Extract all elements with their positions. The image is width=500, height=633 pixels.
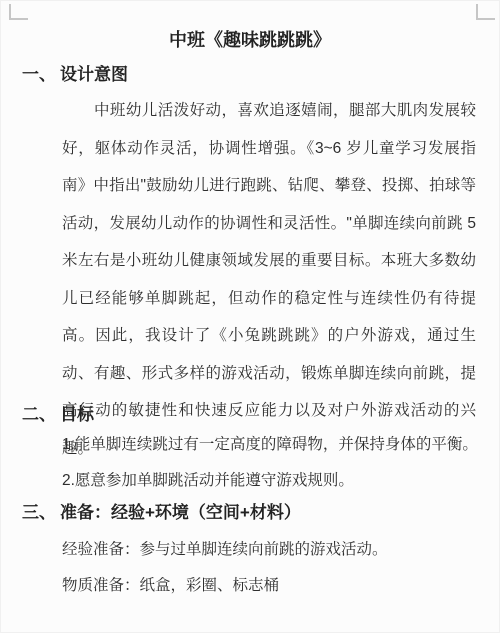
document-page: 中班《趣味跳跳跳》 一、 设计意图 中班幼儿活泼好动，喜欢追逐嬉闹，腿部大肌肉发… [0,0,500,633]
section-heading-label: 设计意图 [60,60,128,85]
crop-corner-top-left-icon [9,4,28,20]
experience-preparation-line: 经验准备：参与过单脚连续向前跳的游戏活动。 [62,532,486,568]
document-title: 中班《趣味跳跳跳》 [0,26,500,52]
preparation-list: 经验准备：参与过单脚连续向前跳的游戏活动。 物质准备：纸盒，彩圈、标志桶 [62,532,486,604]
section-heading-label: 目标 [60,400,94,425]
section-heading-label: 准备：经验+环境（空间+材料） [60,498,301,523]
section-number: 三、 [22,498,60,523]
section-heading-preparation: 三、 准备：经验+环境（空间+材料） [22,498,486,523]
goal-item-2: 2.愿意参加单脚跳活动并能遵守游戏规则。 [62,463,486,499]
section-heading-design-intent: 一、 设计意图 [22,60,486,85]
section-heading-goals: 二、 目标 [22,400,486,425]
section-number: 二、 [22,400,60,425]
crop-corner-top-right-icon [476,4,495,20]
goal-item-1: 1.能单脚连续跳过有一定高度的障碍物，并保持身体的平衡。 [62,427,486,463]
section-number: 一、 [22,60,60,85]
material-preparation-line: 物质准备：纸盒，彩圈、标志桶 [62,568,486,604]
goals-list: 1.能单脚连续跳过有一定高度的障碍物，并保持身体的平衡。 2.愿意参加单脚跳活动… [62,427,486,499]
